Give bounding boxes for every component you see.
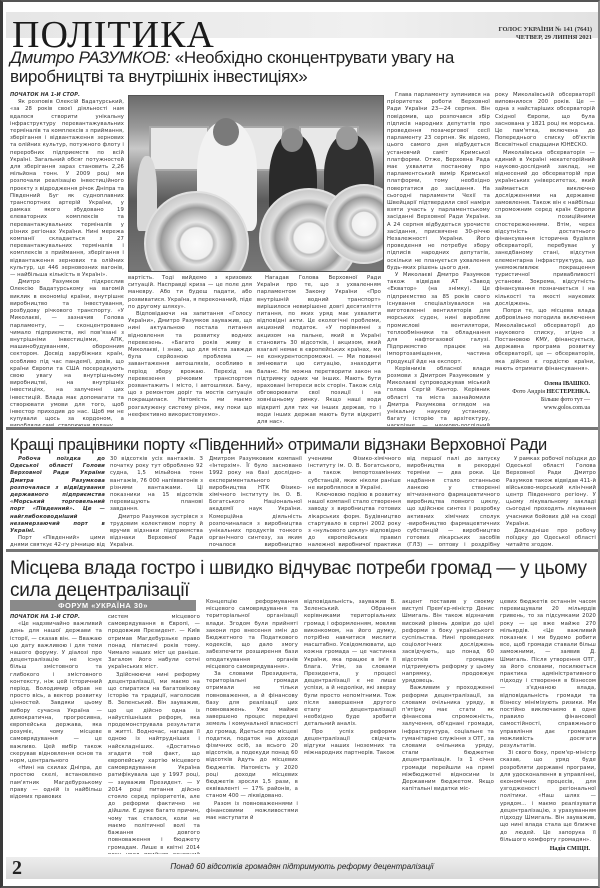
paragraph: року Миколаївській обсерваторії виповнил…	[495, 92, 595, 150]
article3-column-6: цевих бюджетів останнім часом перевищува…	[500, 599, 596, 854]
paragraph: 30 відсотків усіх вантажів. З початку ро…	[110, 456, 203, 514]
article1-column-4: Глава парламенту зупинився на пріоритета…	[387, 92, 490, 426]
paragraph: Порт «Південний» цими днями святкує 42-г…	[10, 535, 105, 548]
article3-headline: Місцева влада гостро і швидко відчуває п…	[10, 558, 600, 602]
article2-column-5: від першої палі до запуску виробництва в…	[407, 456, 500, 548]
paragraph: систем місцевого самоврядування в Європі…	[108, 614, 200, 672]
article2-headline: Кращі працівники порту «Південний» отрим…	[10, 436, 600, 454]
headline-author: Дмитро РАЗУМКОВ:	[10, 48, 170, 67]
paragraph: У Миколаєві Дмитро Разумков також відвід…	[387, 272, 490, 366]
article2-column-6: У рамках робочої поїздки до Одеської обл…	[506, 456, 596, 548]
article1-column-2: вартість. Тоді вийдемо з кризових ситуац…	[128, 275, 252, 426]
author-signature: Олена ІВАШКО.	[512, 380, 590, 388]
more-photos-link[interactable]: www.golos.com.ua	[512, 404, 590, 412]
paragraph: У рамках робочої поїздки до Одеської обл…	[506, 456, 596, 528]
article3-column-2: систем місцевого самоврядування в Європі…	[108, 614, 200, 854]
article2-column-2: 30 відсотків усіх вантажів. З початку ро…	[110, 456, 203, 548]
photo-credit: Фото Андрія НЕСТЕРЕНКА.	[512, 388, 590, 396]
article3-column-5: акцент поставив у своєму виступі Прем'єр…	[402, 599, 494, 854]
author-signature: Надія СМІЦН.	[550, 846, 590, 852]
paragraph: Нагадав Голова Верховної Ради України пр…	[257, 275, 381, 426]
article3-column-4: відповідальність, зауважив В. Зеленський…	[304, 599, 396, 854]
more-photos-label: Більше фото тут —	[512, 396, 590, 404]
article1-column-5: року Миколаївській обсерваторії виповнил…	[495, 92, 595, 377]
paragraph: Керівників обласної влади розмови з Дмит…	[387, 366, 490, 426]
article-photo-factory-visit	[128, 95, 384, 272]
paragraph: Концепцію реформування місцевого самовря…	[206, 599, 298, 671]
article2-column-3: Дмитром Разумковим компанії «Інтерхім». …	[209, 456, 302, 548]
paragraph: Відповідаючи на запитання «Голосу Україн…	[128, 311, 252, 419]
paragraph: Як розповів Олексій Вадатурський, «за 28…	[10, 99, 124, 279]
paragraph: вартість. Тоді вийдемо з кризових ситуац…	[128, 275, 252, 311]
article3-signature: Надія СМІЦН.	[550, 845, 590, 853]
article1-column-3: Нагадав Голова Верховної Ради України пр…	[257, 275, 381, 426]
publication-issue: ГОЛОС УКРАЇНИ № 141 (7641)	[499, 26, 592, 34]
article2-column-4: ученими Фізико-хімічного інституту ім. О…	[308, 456, 401, 548]
page-footer: 2 Понад 60 відсотків громадян підтримуют…	[6, 857, 598, 879]
paragraph: Зі свого боку, прем'єр-міністр сказав, щ…	[500, 750, 596, 844]
paragraph: Важливим у проходженні реформи децентрал…	[402, 685, 494, 793]
article3-column-3: Концепцію реформування місцевого самовря…	[206, 599, 298, 854]
section-divider	[6, 427, 598, 430]
paragraph: Дмитро Разумков підкреслив Олексію Вадат…	[10, 279, 124, 426]
paragraph: цевих бюджетів останнім часом перевищува…	[500, 599, 596, 750]
paragraph: від першої палі до запуску виробництва в…	[407, 456, 500, 548]
article1-credits: Олена ІВАШКО. Фото Андрія НЕСТЕРЕНКА. Бі…	[512, 380, 590, 412]
paragraph: відповідальність, зауважив В. Зеленський…	[304, 599, 396, 729]
paragraph: Миколаївська обсерваторія — єдиний в Укр…	[495, 150, 595, 308]
paragraph: Докладніше про робочу поїздку до Одесько…	[506, 528, 596, 548]
paragraph: Здійснюючи нині реформу децентралізації,…	[108, 672, 200, 854]
issue-date: ЧЕТВЕР, 29 ЛИПНЯ 2021	[499, 34, 592, 42]
paragraph: акцент поставив у своєму виступі Прем'єр…	[402, 599, 494, 685]
article1-headline: Дмитро РАЗУМКОВ: «Необхідно сконцентрува…	[10, 48, 470, 86]
paragraph: «Нині на схилах Дніпра, де простою скелі…	[10, 765, 102, 801]
paragraph: Про успіх реформи децентралізації свідча…	[304, 729, 396, 758]
footer-slogan: Понад 60 відсотків громадян підтримують …	[6, 862, 598, 871]
lead-paragraph: Робоча поїздка до Одеської області Голов…	[10, 456, 105, 535]
paragraph: Ключовою подією в розвитку нашої компані…	[308, 492, 401, 548]
paragraph: Разом із повноваженнями і фінансовими мо…	[206, 801, 298, 823]
article3-column-1: ПОЧАТОК НА 1-Й СТОР. «Це надзвичайно важ…	[10, 614, 102, 854]
newspaper-page: ПОЛІТИКА ГОЛОС УКРАЇНИ № 141 (7641) ЧЕТВ…	[0, 0, 600, 888]
section-divider	[6, 549, 598, 552]
masthead-bar: ПОЛІТИКА ГОЛОС УКРАЇНИ № 141 (7641) ЧЕТВ…	[6, 12, 598, 38]
issue-info: ГОЛОС УКРАЇНИ № 141 (7641) ЧЕТВЕР, 29 ЛИ…	[499, 26, 592, 42]
article1-column-1: ПОЧАТОК НА 1-Й СТОР. Як розповів Олексій…	[10, 92, 124, 426]
article2-column-1: Робоча поїздка до Одеської області Голов…	[10, 456, 105, 548]
paragraph: За словами Президента, територіальні гро…	[206, 671, 298, 801]
forum-section-label: ФОРУМ «УКРАЇНА 30»	[10, 600, 196, 611]
paragraph: Дмитром Разумковим компанії «Інтерхім». …	[209, 456, 302, 548]
paragraph: Попри те, що місцева влада добровільно п…	[495, 308, 595, 373]
paragraph: Дмитро Разумков зустрівся з трудовим кол…	[110, 514, 203, 548]
paragraph: «Це надзвичайно важливий день для нашої …	[10, 621, 102, 765]
paragraph: ученими Фізико-хімічного інституту ім. О…	[308, 456, 401, 492]
paragraph: Глава парламенту зупинився на пріоритета…	[387, 92, 490, 272]
